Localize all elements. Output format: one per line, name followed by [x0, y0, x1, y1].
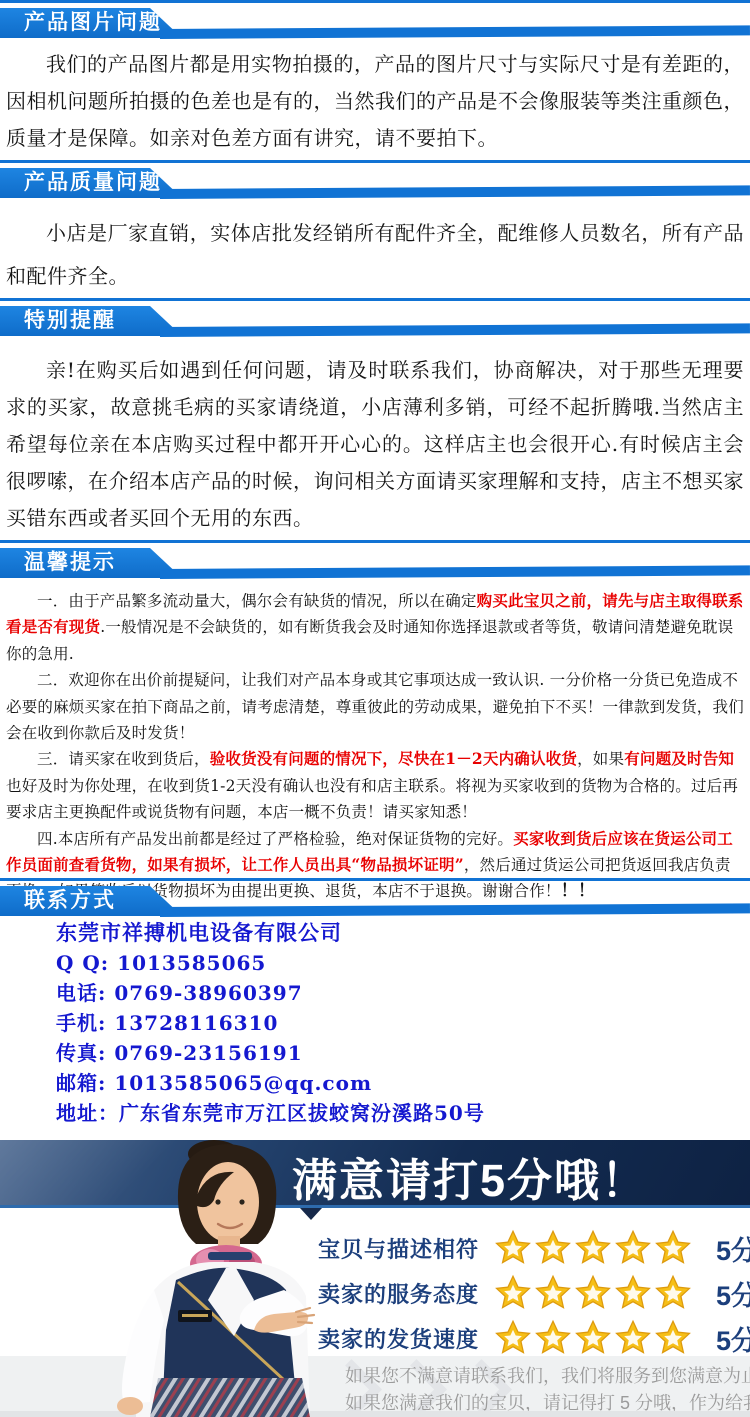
- star-rating: [494, 1319, 694, 1357]
- header-topline: [0, 298, 750, 301]
- star-icon: [614, 1274, 652, 1312]
- header-bar: [160, 185, 750, 199]
- paragraph-text: 亲!在购买后如遇到任何问题，请及时联系我们，协商解决，对于那些无理要求的买家，故…: [6, 352, 744, 537]
- paragraph-text: 小店是厂家直销，实体店批发经销所有配件齐全，配维修人员数名，所有产品和配件齐全。: [6, 212, 744, 298]
- company-name: 东莞市祥搏机电设备有限公司: [0, 918, 750, 948]
- header-bar: [160, 565, 750, 579]
- product-quality-paragraph: 小店是厂家直销，实体店批发经销所有配件齐全，配维修人员数名，所有产品和配件齐全。: [0, 212, 750, 298]
- product-image-paragraph: 我们的产品图片都是用实物拍摄的，产品的图片尺寸与实际尺寸是有差距的，因相机问题所…: [0, 46, 750, 157]
- section-title-tab: 联系方式: [0, 886, 182, 916]
- header-topline: [0, 540, 750, 543]
- contact-address: 地址：广东省东莞市万江区拔蛟窝汾溪路50号: [0, 1098, 750, 1128]
- header-topline: [0, 160, 750, 163]
- footer-line-1: 如果您不满意请联系我们，我们将服务到您满意为止！: [345, 1363, 750, 1390]
- header-topline: [0, 0, 750, 3]
- promo-page: 产品图片问题 我们的产品图片都是用实物拍摄的，产品的图片尺寸与实际尺寸是有差距的…: [0, 0, 750, 1417]
- star-rating: [494, 1274, 694, 1312]
- star-icon: [494, 1274, 532, 1312]
- footer-line-2: 如果您满意我们的宝贝，请记得打 5 分哦，作为给我们的奖励！: [345, 1390, 750, 1417]
- rating-row-service: 卖家的服务态度 5分: [318, 1271, 750, 1315]
- header-bar: [160, 903, 750, 917]
- warm-tips-list: 一．由于产品繁多流动量大，偶尔会有缺货的情况，所以在确定购买此宝贝之前，请先与店…: [0, 588, 750, 905]
- star-rating: [494, 1229, 694, 1267]
- star-icon: [574, 1229, 612, 1267]
- star-icon: [574, 1319, 612, 1357]
- section-header-product-image: 产品图片问题: [0, 0, 750, 40]
- header-bar: [160, 25, 750, 39]
- star-icon: [574, 1274, 612, 1312]
- star-icon: [494, 1229, 532, 1267]
- special-reminder-paragraph: 亲!在购买后如遇到任何问题，请及时联系我们，协商解决，对于那些无理要求的买家，故…: [0, 352, 750, 537]
- rating-score: 5分: [716, 1319, 750, 1358]
- footer-text: 如果您不满意请联系我们，我们将服务到您满意为止！ 如果您满意我们的宝贝，请记得打…: [345, 1363, 750, 1417]
- rating-row-description: 宝贝与描述相符 5分: [318, 1226, 750, 1270]
- star-icon: [654, 1229, 692, 1267]
- section-title: 产品图片问题: [0, 11, 162, 34]
- section-title: 特别提醒: [0, 309, 116, 332]
- star-icon: [534, 1274, 572, 1312]
- section-title-tab: 特别提醒: [0, 306, 182, 336]
- tip-item-3: 三．请买家在收到货后，验收货没有问题的情况下，尽快在1－2天内确认收货，如果有问…: [6, 746, 744, 825]
- star-icon: [614, 1229, 652, 1267]
- section-header-special-reminder: 特别提醒: [0, 298, 750, 338]
- star-icon: [534, 1319, 572, 1357]
- tip-item-2: 二．欢迎你在出价前提疑问，让我们对产品本身或其它事项达成一致认识. 一分价格一分…: [6, 667, 744, 746]
- contact-phone: 电话: 0769-38960397: [0, 978, 750, 1008]
- section-header-contact: 联系方式: [0, 878, 750, 918]
- star-icon: [654, 1274, 692, 1312]
- service-girl-image: [58, 1140, 370, 1417]
- section-header-product-quality: 产品质量问题: [0, 160, 750, 200]
- rating-row-shipping: 卖家的发货速度 5分: [318, 1316, 750, 1360]
- section-title: 联系方式: [0, 889, 116, 912]
- contact-fax: 传真: 0769-23156191: [0, 1038, 750, 1068]
- section-title: 产品质量问题: [0, 171, 162, 194]
- section-title: 温馨提示: [0, 551, 116, 574]
- section-title-tab: 温馨提示: [0, 548, 182, 578]
- header-bar: [160, 323, 750, 337]
- star-icon: [534, 1229, 572, 1267]
- contact-mobile: 手机: 13728116310: [0, 1008, 750, 1038]
- section-header-warm-tips: 温馨提示: [0, 540, 750, 580]
- star-icon: [654, 1319, 692, 1357]
- tip-item-1: 一．由于产品繁多流动量大，偶尔会有缺货的情况，所以在确定购买此宝贝之前，请先与店…: [6, 588, 744, 667]
- paragraph-text: 我们的产品图片都是用实物拍摄的，产品的图片尺寸与实际尺寸是有差距的，因相机问题所…: [6, 46, 744, 157]
- star-icon: [494, 1319, 532, 1357]
- rating-score: 5分: [716, 1274, 750, 1313]
- rating-score: 5分: [716, 1229, 750, 1268]
- section-title-tab: 产品图片问题: [0, 8, 182, 38]
- header-topline: [0, 878, 750, 881]
- section-title-tab: 产品质量问题: [0, 168, 182, 198]
- contact-qq: Q Q: 1013585065: [0, 948, 750, 978]
- contact-block: 东莞市祥搏机电设备有限公司 Q Q: 1013585065 电话: 0769-3…: [0, 918, 750, 1128]
- contact-email: 邮箱: 1013585065@qq.com: [0, 1068, 750, 1098]
- star-icon: [614, 1319, 652, 1357]
